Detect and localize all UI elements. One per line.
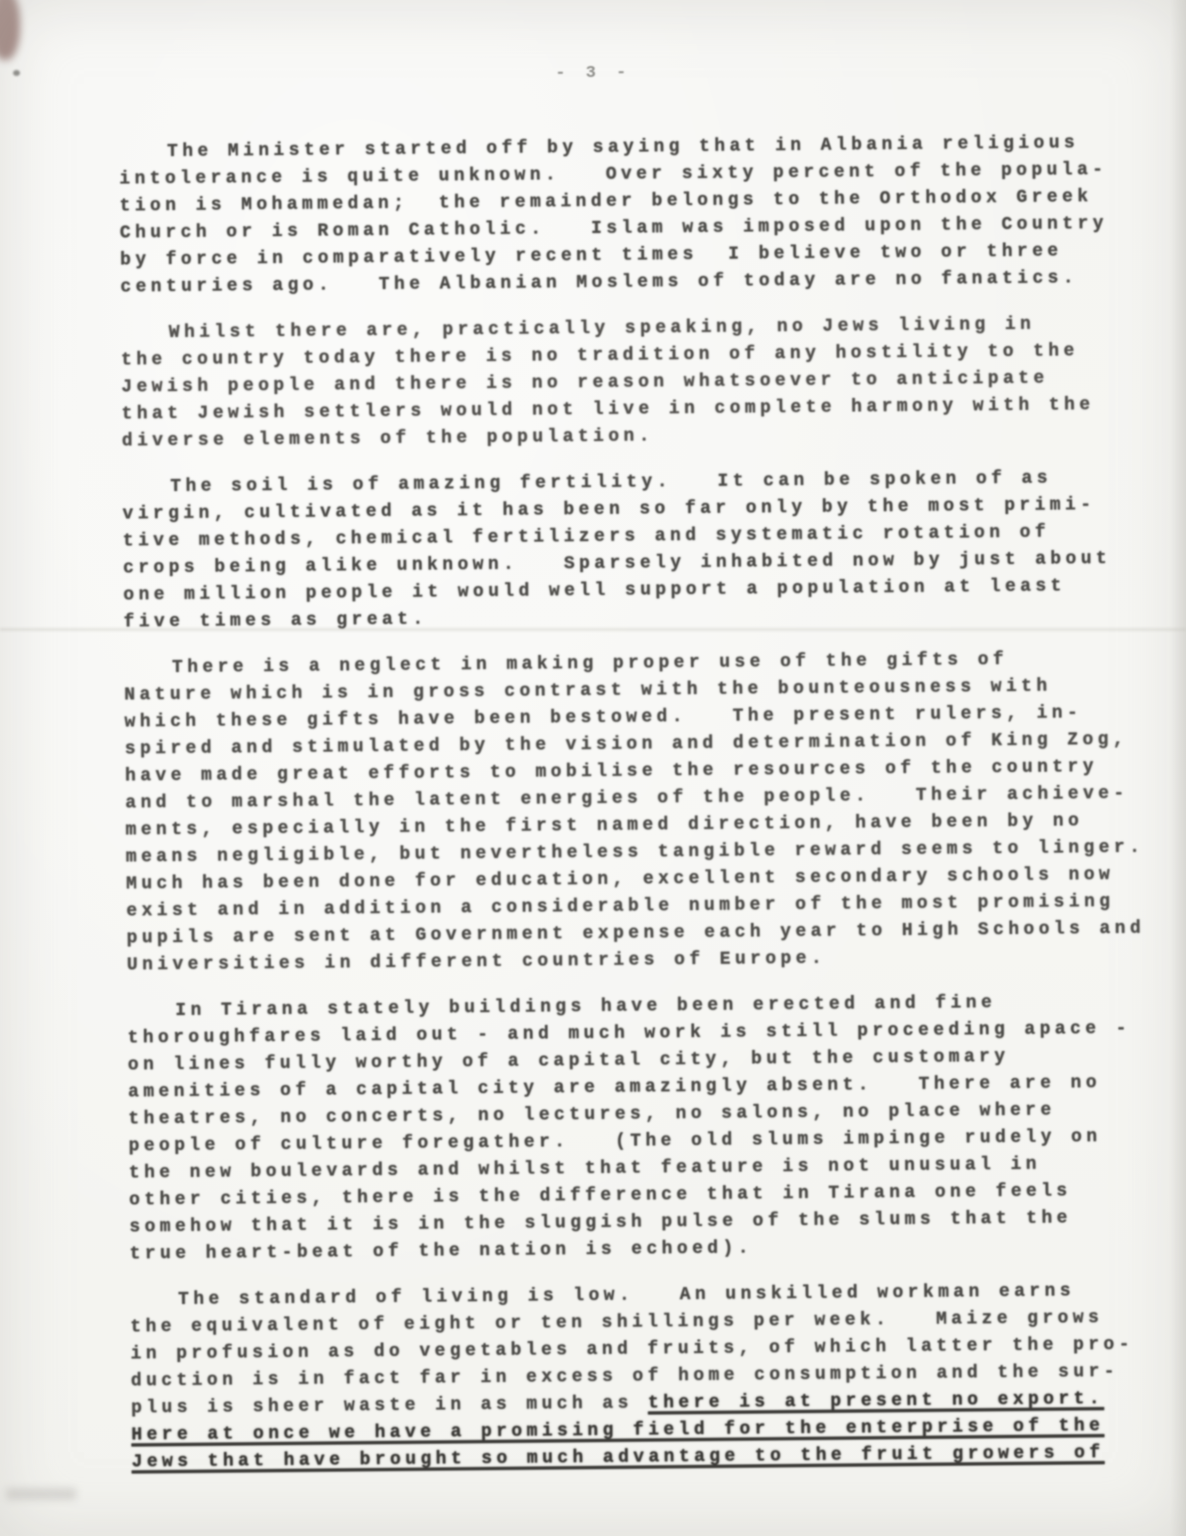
scanned-document-page: - 3 - The Minister started off by saying… <box>0 0 1186 1536</box>
paragraph-soil: The soil is of amazing fertility. It can… <box>122 465 1152 637</box>
paragraph-tirana: In Tirana stately buildings have been er… <box>127 989 1158 1269</box>
document-body: The Minister started off by saying that … <box>119 130 1160 1477</box>
paragraph-living-standard: The standard of living is low. An unskil… <box>130 1278 1160 1477</box>
paragraph-religion: The Minister started off by saying that … <box>119 130 1149 302</box>
typewritten-content: - 3 - The Minister started off by saying… <box>0 0 1186 1497</box>
paragraph-rulers: There is a neglect in making proper use … <box>124 646 1155 980</box>
page-number: - 3 - <box>0 58 1186 88</box>
text-segment: plus is sheer waste in as much as <box>131 1394 648 1419</box>
underlined-text-segment: there is at present no export. <box>648 1389 1104 1413</box>
paragraph-jews: Whilst there are, practically speaking, … <box>121 311 1150 456</box>
